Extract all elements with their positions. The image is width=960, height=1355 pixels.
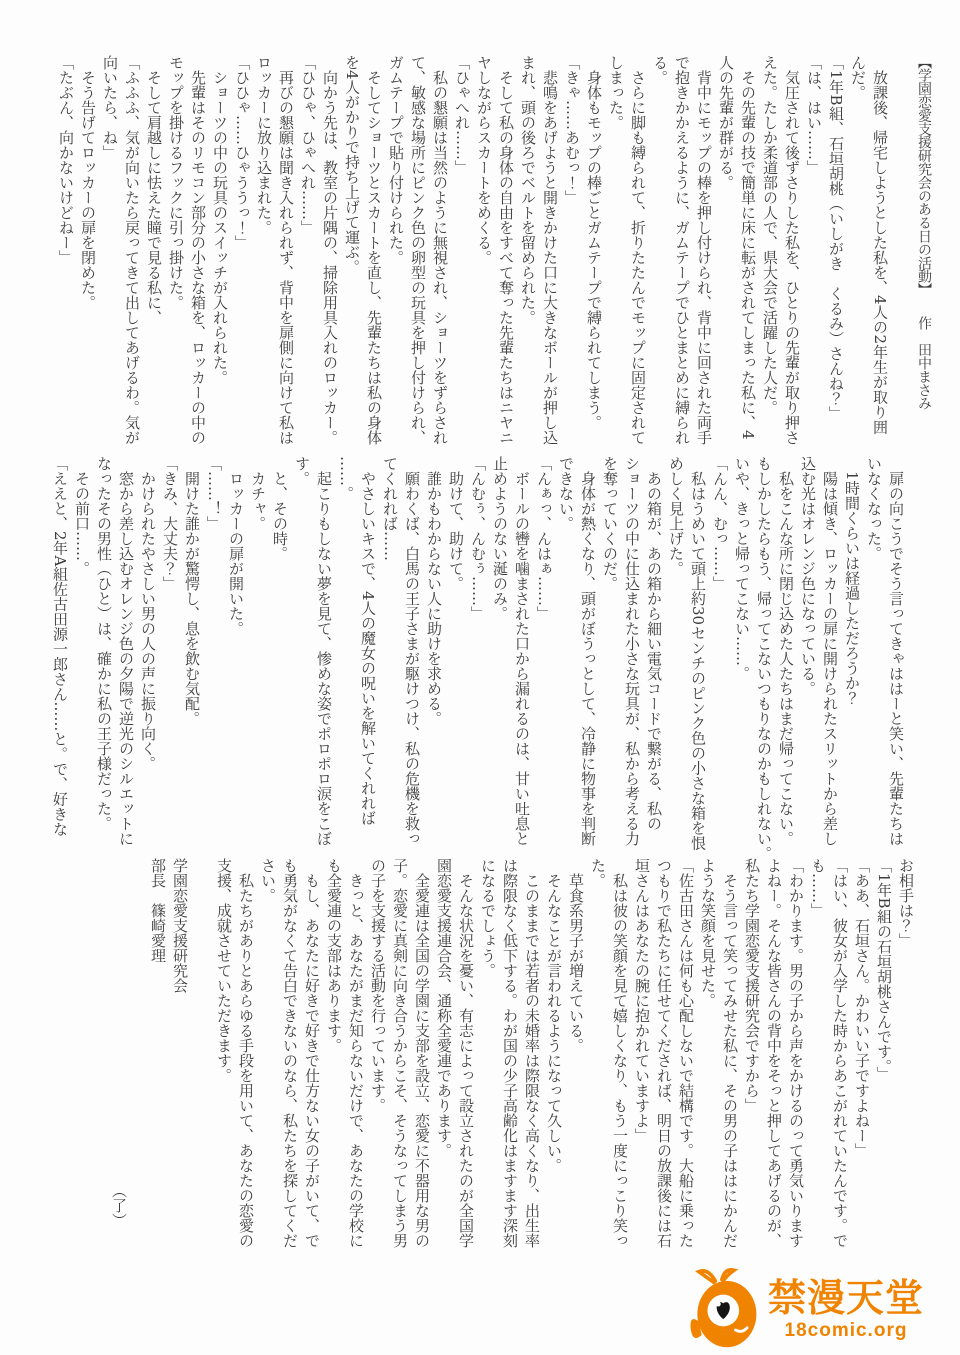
text-column: 扉の向こうでそう言ってきゃははーと笑い、先輩たちは (885, 456, 907, 838)
text-column: 「んん、むっ……」 (709, 456, 731, 838)
text-column: 向いたら、ね」 (99, 55, 121, 437)
text-column: もしかしたらもう、帰ってこないつもりなのかもしれない。 (753, 456, 775, 838)
text-column: は際限なく低下する。わが国の少子高齢化はますます深刻 (499, 858, 521, 1245)
watermark-text: 禁漫天堂 18comic.org (768, 1280, 924, 1340)
text-column: 全愛連は全国の学園に支部を設立、恋愛に不器用な男の (411, 858, 433, 1245)
text-column: と、その時。 (269, 456, 291, 838)
text-column: 「ひひゃ……ひゃううっ！」 (231, 55, 253, 437)
text-column: 起こりもしない夢を見て、惨めな姿でポロポロ涙をこぼ (313, 456, 335, 838)
text-column: も勇気がなくて告白できないのなら、私たちを探してくだ (279, 858, 301, 1245)
text-column: かけられたやさしい男の人の声に振り向く。 (137, 456, 159, 838)
text-column: しまった。 (605, 55, 627, 437)
text-column: そんな状況を憂い、有志によって設立されたのが全国学 (455, 858, 477, 1245)
text-column: 「ふふふ、気が向いたら戻ってきて出してあげるわ。気が (121, 55, 143, 437)
text-column: そんなことが言われるようになって久しい。 (543, 858, 565, 1245)
text-column: 背中にモップの棒を押し付けられ、背中に回された両手 (693, 55, 715, 437)
text-column: そして肩越しに怯えた瞳で見る私に、 (143, 55, 165, 437)
text-column: そう告げてロッカーの扉を閉めた。 (77, 55, 99, 437)
text-column: 私は彼の笑顔を見て嬉しくなり、もう一度にっこり笑っ (609, 858, 631, 1245)
text-band-2: 扉の向こうでそう言ってきゃははーと笑い、先輩たちはいなくなった。 1時間くらいは… (49, 456, 907, 838)
text-column: 込む光はオレンジ色になっている。 (797, 456, 819, 838)
text-column: さい。 (257, 858, 279, 1245)
text-column: ……。 (335, 456, 357, 838)
text-column: の子を支援する活動を行っています。 (367, 858, 389, 1245)
watermark-site-name: 禁漫天堂 (768, 1280, 924, 1318)
text-column: る。 (649, 55, 671, 437)
text-column: その前口……。 (71, 456, 93, 838)
text-column: 学園恋愛支援研究会 (169, 858, 191, 1245)
text-column: モップを掛けるフックに引っ掛けた。 (165, 55, 187, 437)
text-column: 支援、成就させていただきます。 (213, 858, 235, 1245)
text-column: ショーツの中の玩具のスイッチが入れられた。 (209, 55, 231, 437)
text-column: 「きゃ……あむっ！」 (561, 55, 583, 437)
text-column: 開けた誰かが驚愕し、息を飲む気配。 (181, 456, 203, 838)
text-column: 窓から差し込むオレンジ色の夕陽で逆光のシルエットに (115, 456, 137, 838)
text-column: 悲鳴をあげようと開きかけた口に大きなボールが押し込 (539, 55, 561, 437)
text-column: 気圧されて後ずさりした私を、ひとりの先輩が取り押さ (781, 55, 803, 437)
text-column: た。 (587, 858, 609, 1245)
text-column: 「佐古田さんは何も心配しないで結構です。大船に乗った (675, 858, 697, 1245)
text-column: その先輩の技で簡単に床に転がされてしまった私に、4 (737, 55, 759, 437)
text-column: つもりで私たちに任せてくだされば、明日の放課後には石 (653, 858, 675, 1245)
text-column: 願わくば、白馬の王子さまが駆けつけ、私の危機を救っ (401, 456, 423, 838)
text-column: いや、きっと帰ってこない……。 (731, 456, 753, 838)
text-column: さらに脚も縛られて、折りたたんでモップに固定されて (627, 55, 649, 437)
text-column: 「たぶん、向かないけどねー」 (55, 55, 77, 437)
text-column (891, 55, 913, 437)
text-column: そしてショーツとスカートを直し、先輩たちは私の身体 (363, 55, 385, 437)
text-column: 陽は傾き、ロッカーの扉に開けられたスリットから差し (819, 456, 841, 838)
text-column: ガムテープで貼り付けられた。 (385, 55, 407, 437)
text-column: あの箱が、あの箱から細い電気コードで繋がる、私の (643, 456, 665, 838)
text-column: て、敏感な場所にピンク色の卵型の玩具を押し付けられ、 (407, 55, 429, 437)
text-column: を4人がかりで持ち上げて運ぶ。 (341, 55, 363, 437)
text-column: 園恋愛支援連合会、通称全愛連であります。 (433, 858, 455, 1245)
text-column: 垣さんはあなたの腕に抱かれていますよ」 (631, 858, 653, 1245)
text-column: 誰かもわからない人に助けを求める。 (423, 456, 445, 838)
text-column: 「ああ、石垣さん。かわいい子ですよねー」 (851, 858, 873, 1245)
text-column: 「きみ、大丈夫？」 (159, 456, 181, 838)
text-column: 「……！」 (203, 456, 225, 838)
text-column: 「1年B組、石垣胡桃（いしがき くるみ）さんね？」 (825, 55, 847, 437)
text-column: 身体もモップの棒ごとガムテープで縛られてしまう。 (583, 55, 605, 437)
text-column: ヤしながらスカートをめくる。 (473, 55, 495, 437)
text-band-1: 【学園恋愛支援研究会のある日の活動】 作 田中まさみ 放課後、帰宅しようとした私… (55, 55, 935, 437)
end-mark: （了） (108, 1183, 130, 1228)
text-column: このままでは若者の未婚率は際限なく高くなり、出生率 (521, 858, 543, 1245)
text-column: ロッカーの扉が開いた。 (225, 456, 247, 838)
text-column: 私の懇願は当然のように無視され、ショーツをずらされ (429, 55, 451, 437)
text-column: 身体が熱くなり、頭がぼうっとして、冷静に物事を判断 (577, 456, 599, 838)
text-column: 私をこんな所に閉じ込めた人たちはまだ帰ってこない。 (775, 456, 797, 838)
text-column: できない。 (555, 456, 577, 838)
manga-text-page: { "page": { "background": "#fdfdfd", "te… (0, 0, 960, 1355)
text-column: ロッカーに放り込まれた。 (253, 55, 275, 437)
text-column: 助けて、助けて。 (445, 456, 467, 838)
text-column: やさしいキスで、4人の魔女の呪いを解いてくれれば (357, 456, 379, 838)
text-column: で抱きかかえるように、ガムテープでひとまとめに縛られ (671, 55, 693, 437)
text-column: カチャ。 (247, 456, 269, 838)
text-column: 先輩はそのリモコン部分の小さな箱を、ロッカーの中の (187, 55, 209, 437)
text-column: 「は、はい……」 (803, 55, 825, 437)
text-column: 「ええと、2年A組佐古田源一郎さん……と。で、好きな (49, 456, 71, 838)
text-column: 私たち学園恋愛支援研究会ですから」 (741, 858, 763, 1245)
text-column: えた。たしか柔道部の人で、県大会で活躍した人だ。 (759, 55, 781, 437)
text-column: ボールの轡を噛まされた口から漏れるのは、甘い吐息と (511, 456, 533, 838)
text-column: 「わかります。男の子から声をかけるのって勇気いります (785, 858, 807, 1245)
text-band-3: お相手は？」「1年B組の石垣胡桃さんです。」「ああ、石垣さん。かわいい子ですよね… (147, 858, 917, 1245)
text-column: 「んむぅ、んむぅ……」 (467, 456, 489, 838)
text-column: ような笑顔を見せた。 (697, 858, 719, 1245)
text-column: 人の先輩が群がる。 (715, 55, 737, 437)
text-column: 私たちがありとあらゆる手段を用いて、あなたの恋愛の (235, 858, 257, 1245)
text-column: てくれれば…… (379, 456, 401, 838)
text-column: めしく見上げた。 (665, 456, 687, 838)
text-column: なったその男性（ひと）は、確かに私の王子様だった。 (93, 456, 115, 838)
text-column: 「ひひゃ、ひゃへれ……」 (297, 55, 319, 437)
watermark-site-url: 18comic.org (785, 1321, 908, 1340)
text-column: 草食系男子が増えている。 (565, 858, 587, 1245)
text-column: ショーツの中に仕込まれた小さな玩具が、私から考える力 (621, 456, 643, 838)
text-column (191, 858, 213, 1245)
text-column: 部長 篠崎愛理 (147, 858, 169, 1245)
text-column: 私はうめいて頭上約30センチのピンク色の小さな箱を恨 (687, 456, 709, 838)
watermark-mascot-icon (688, 1266, 760, 1354)
text-column: そう言って笑ってみせた私に、その男の子ははにかんだ (719, 858, 741, 1245)
text-column: お相手は？」 (895, 858, 917, 1245)
text-column: きっと、あなたがまだ知らないだけで、あなたの学校に (345, 858, 367, 1245)
text-column: 子。恋愛に真剣に向き合うからこそ、そうなってしまう男 (389, 858, 411, 1245)
text-column: んだ。 (847, 55, 869, 437)
text-column: す。 (291, 456, 313, 838)
text-column: も……」 (807, 858, 829, 1245)
text-column: を奪っていくのだ。 (599, 456, 621, 838)
text-column: 放課後、帰宅しようとした私を、4人の2年生が取り囲 (869, 55, 891, 437)
text-column: そして私の身体の自由をすべて奪った先輩たちはニヤニ (495, 55, 517, 437)
text-column: まれ、頭の後ろでベルトを留められた。 (517, 55, 539, 437)
text-column: よねー。そんな皆さんの背中をそっと押してあげるのが、 (763, 858, 785, 1245)
text-column: 1時間くらいは経過しただろうか？ (841, 456, 863, 838)
text-column: 向かう先は、教室の片隅の、掃除用具入れのロッカー。 (319, 55, 341, 437)
text-column: いなくなった。 (863, 456, 885, 838)
text-column: 「ひゃへれ……」 (451, 55, 473, 437)
text-column: 「はい、彼女が入学した時からあこがれていたんです。で (829, 858, 851, 1245)
text-column: 「んぁっ、んはぁ……」 (533, 456, 555, 838)
text-column: 止めようのない涎のみ。 (489, 456, 511, 838)
text-column: になるでしょう。 (477, 858, 499, 1245)
watermark: 禁漫天堂 18comic.org (688, 1266, 924, 1354)
text-column: 再びの懇願は聞き入れられず、背中を扉側に向けて私は (275, 55, 297, 437)
text-column: も全愛連の支部はあります。 (323, 858, 345, 1245)
text-column: 「1年B組の石垣胡桃さんです。」 (873, 858, 895, 1245)
text-column: もし、あなたに好きで好きで仕方ない女の子がいて、で (301, 858, 323, 1245)
page-title: 【学園恋愛支援研究会のある日の活動】 作 田中まさみ (913, 55, 935, 437)
